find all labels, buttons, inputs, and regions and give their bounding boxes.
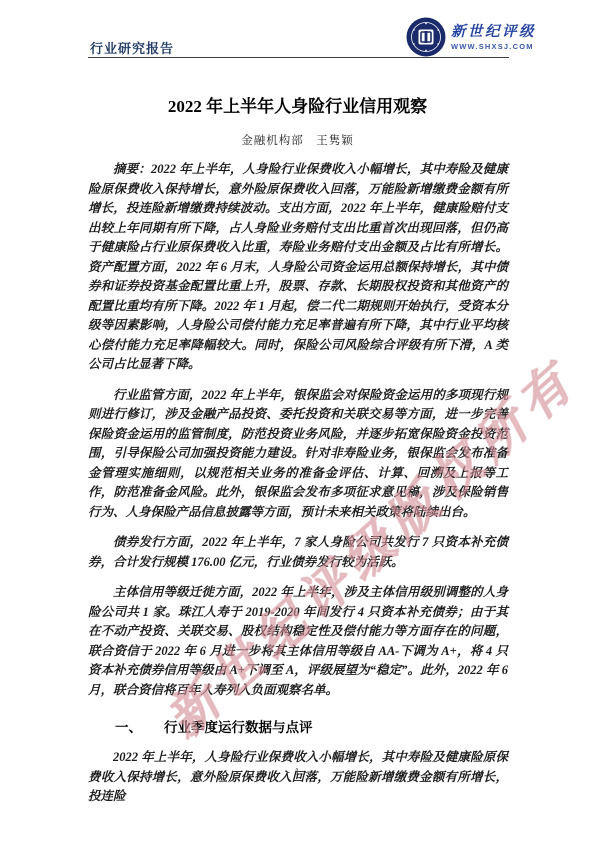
brand-name: 新世纪评级: [451, 24, 536, 40]
paragraph-rating-migration: 主体信用等级迁徙方面，2022 年上半年，涉及主体信用级别调整的人身险公司共 1…: [88, 583, 508, 700]
report-type-label: 行业研究报告: [90, 38, 174, 57]
document-body: 摘要：2022 年上半年，人身险行业保费收入小幅增长，其中寿险及健康险原保费收入…: [88, 160, 508, 807]
page-number: - 1 -: [0, 767, 595, 778]
logo-text: 新世纪评级 WWW.SHXSJ.COM: [451, 24, 536, 51]
brand-website: WWW.SHXSJ.COM: [451, 42, 536, 51]
company-seal-icon: [406, 17, 446, 57]
section-heading: 一、行业季度运行数据与点评: [88, 716, 508, 736]
paragraph-regulation: 行业监管方面，2022 年上半年，银保监会对保险资金运用的多项现行规则进行修订，…: [88, 386, 508, 523]
section-title: 行业季度运行数据与点评: [164, 720, 313, 735]
header-divider: [88, 57, 509, 58]
abstract-text: 2022 年上半年，人身险行业保费收入小幅增长，其中寿险及健康险原保费收入保持增…: [88, 162, 508, 371]
company-logo: 新世纪评级 WWW.SHXSJ.COM: [406, 17, 536, 57]
report-page: 行业研究报告 新世纪评级 WWW.SHXSJ.COM 2022 年上半年人身险行…: [0, 0, 595, 841]
abstract-paragraph: 摘要：2022 年上半年，人身险行业保费收入小幅增长，其中寿险及健康险原保费收入…: [88, 160, 508, 375]
abstract-label: 摘要：: [113, 162, 151, 176]
document-title: 2022 年上半年人身险行业信用观察: [0, 92, 595, 117]
byline: 金融机构部 王隽颖: [0, 132, 595, 148]
paragraph-bond-issuance: 债券发行方面，2022 年上半年，7 家人身险公司共发行 7 只资本补充债券，合…: [88, 533, 508, 572]
section-number: 一、: [115, 720, 142, 735]
